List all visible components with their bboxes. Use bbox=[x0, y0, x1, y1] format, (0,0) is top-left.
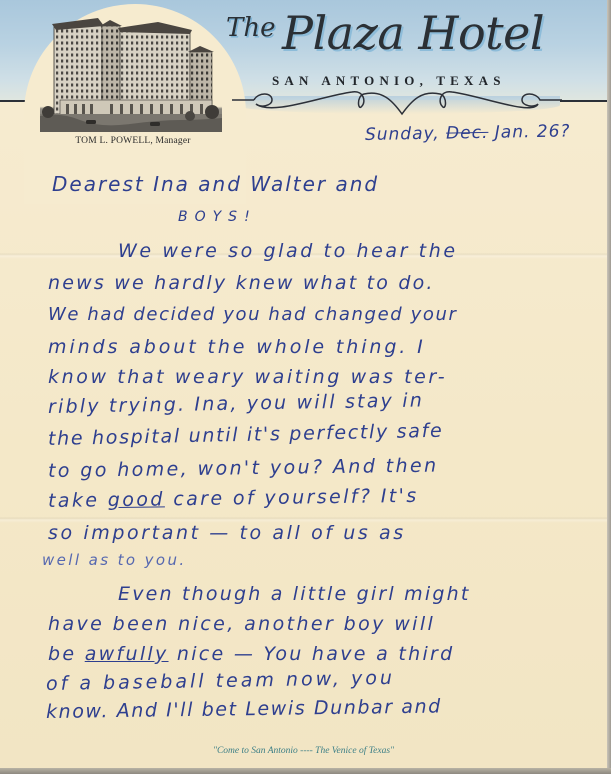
hotel-building-illustration bbox=[40, 16, 222, 132]
letter-line: minds about the whole thing. I bbox=[48, 336, 426, 358]
letter-line: of a baseball team now, you bbox=[46, 667, 395, 695]
letter-line: know that weary waiting was ter- bbox=[48, 366, 447, 388]
date-month-day: Jan. 26? bbox=[495, 121, 571, 142]
page-right-edge bbox=[607, 0, 611, 774]
letter-line: be awfully nice — You have a third bbox=[48, 643, 455, 665]
letter-word-underlined: good bbox=[108, 488, 165, 511]
letter-line: know. And I'll bet Lewis Dunbar and bbox=[46, 695, 442, 723]
letter-line: ribly trying. Ina, you will stay in bbox=[48, 389, 424, 418]
date-struck-month: Dec. bbox=[446, 123, 489, 144]
letter-word: take bbox=[48, 489, 100, 512]
letterhead-swash-ornament-icon bbox=[232, 86, 562, 126]
letter-line: to go home, won't you? And then bbox=[48, 455, 439, 482]
letter-date: Sunday, Dec. Jan. 26? bbox=[365, 121, 571, 145]
letter-line: We had decided you had changed your bbox=[48, 304, 457, 325]
salutation-line: Dearest Ina and Walter and bbox=[52, 172, 379, 196]
hotel-building-icon bbox=[40, 16, 222, 132]
page-bottom-edge bbox=[0, 768, 611, 774]
letter-line: have been nice, another boy will bbox=[48, 613, 435, 635]
salutation-boys: BOYS! bbox=[178, 209, 257, 225]
hotel-name-title: Plaza Hotel bbox=[282, 6, 544, 60]
letter-word: care of yourself? It's bbox=[173, 485, 419, 510]
letter-line: well as to you. bbox=[42, 551, 187, 569]
letter-line: take good care of yourself? It's bbox=[48, 485, 419, 512]
letter-page: TOM L. POWELL, Manager The Plaza Hotel S… bbox=[0, 0, 607, 768]
letter-line: Even though a little girl might bbox=[118, 583, 470, 605]
letter-line: We were so glad to hear the bbox=[118, 240, 458, 262]
letterhead-the: The bbox=[226, 13, 275, 43]
letter-line: so important — to all of us as bbox=[48, 522, 406, 544]
letter-line: news we hardly knew what to do. bbox=[48, 272, 435, 294]
letter-word-underlined: awfully bbox=[85, 643, 169, 665]
letter-line: the hospital until it's perfectly safe bbox=[48, 420, 444, 450]
letterhead-rule-right bbox=[560, 100, 607, 102]
date-day: Sunday, bbox=[365, 124, 440, 145]
letter-word: be bbox=[48, 643, 76, 665]
footer-slogan: "Come to San Antonio ---- The Venice of … bbox=[0, 746, 607, 756]
letter-word: nice — You have a third bbox=[177, 643, 455, 665]
manager-caption: TOM L. POWELL, Manager bbox=[48, 136, 218, 146]
